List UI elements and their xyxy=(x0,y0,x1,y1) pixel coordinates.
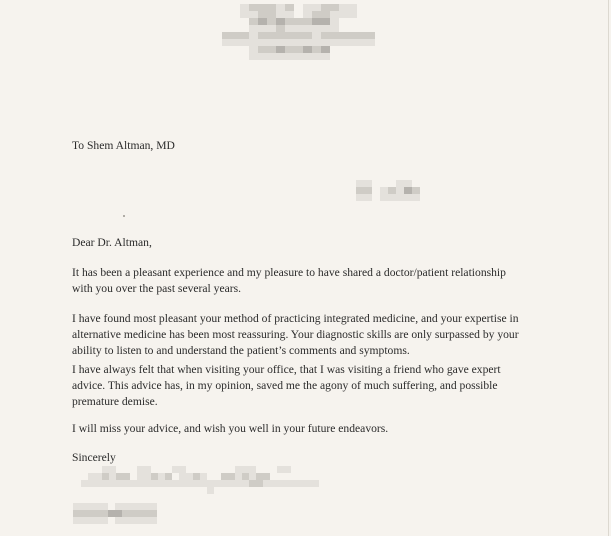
scan-speck xyxy=(123,215,125,217)
page-edge xyxy=(608,0,609,536)
letterhead-redacted xyxy=(222,4,375,60)
paragraph-line: I have found most pleasant your method o… xyxy=(72,311,611,327)
signature-redacted xyxy=(74,466,319,494)
paragraph-line: premature demise. xyxy=(72,394,611,410)
paragraph-1: It has been a pleasant experience and my… xyxy=(72,265,611,297)
closing: Sincerely xyxy=(72,450,116,466)
paragraph-line: I will miss your advice, and wish you we… xyxy=(72,421,611,437)
salutation: Dear Dr. Altman, xyxy=(72,235,152,251)
paragraph-4: I will miss your advice, and wish you we… xyxy=(72,421,611,437)
paragraph-3: I have always felt that when visiting yo… xyxy=(72,362,611,410)
paragraph-line: with you over the past several years. xyxy=(72,281,611,297)
printed-name-redacted xyxy=(73,503,171,524)
paragraph-line: advice. This advice has, in my opinion, … xyxy=(72,378,611,394)
paragraph-2: I have found most pleasant your method o… xyxy=(72,311,611,359)
paragraph-line: I have always felt that when visiting yo… xyxy=(72,362,611,378)
recipient-line: To Shem Altman, MD xyxy=(72,138,175,154)
paragraph-line: ability to listen to and understand the … xyxy=(72,343,611,359)
letter-page: To Shem Altman, MD Dear Dr. Altman, It h… xyxy=(0,0,611,536)
paragraph-line: It has been a pleasant experience and my… xyxy=(72,265,611,281)
paragraph-line: alternative medicine has been most reass… xyxy=(72,327,611,343)
date-redacted xyxy=(356,180,420,201)
